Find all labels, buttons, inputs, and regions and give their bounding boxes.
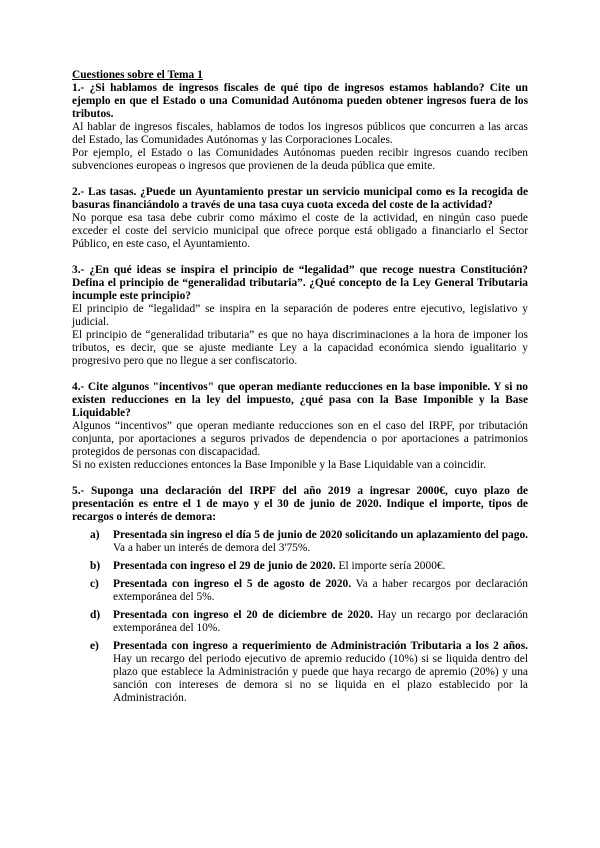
question-3-text: 3.- ¿En qué ideas se inspira el principi… [72, 264, 528, 303]
answer-list: a) Presentada sin ingreso el día 5 de ju… [72, 529, 528, 705]
question-block-2: 2.- Las tasas. ¿Puede un Ayuntamiento pr… [72, 186, 528, 251]
question-block-3: 3.- ¿En qué ideas se inspira el principi… [72, 264, 528, 368]
document-page: Cuestiones sobre el Tema 1 1.- ¿Si habla… [0, 0, 600, 848]
question-block-4: 4.- Cite algunos "incentivos" que operan… [72, 381, 528, 472]
question-block-1: 1.- ¿Si hablamos de ingresos fiscales de… [72, 82, 528, 173]
question-5-text: 5.- Suponga una declaración del IRPF del… [72, 485, 528, 524]
list-item-c: c) Presentada con ingreso el 5 de agosto… [72, 578, 528, 604]
list-item-text: Presentada con ingreso a requerimiento d… [113, 640, 528, 705]
answer-paragraph: Algunos “incentivos” que operan mediante… [72, 420, 528, 459]
question-block-5: 5.- Suponga una declaración del IRPF del… [72, 485, 528, 705]
list-item-d: d) Presentada con ingreso el 20 de dicie… [72, 609, 528, 635]
answer-paragraph: Por ejemplo, el Estado o las Comunidades… [72, 147, 528, 173]
list-marker: b) [90, 560, 113, 573]
list-item-a: a) Presentada sin ingreso el día 5 de ju… [72, 529, 528, 555]
list-item-e: e) Presentada con ingreso a requerimient… [72, 640, 528, 705]
list-item-bold-lead: Presentada con ingreso a requerimiento d… [113, 640, 528, 652]
list-item-text: Presentada con ingreso el 5 de agosto de… [113, 578, 528, 604]
question-2-text: 2.- Las tasas. ¿Puede un Ayuntamiento pr… [72, 186, 528, 212]
question-1-text: 1.- ¿Si hablamos de ingresos fiscales de… [72, 82, 528, 121]
list-item-b: b) Presentada con ingreso el 29 de junio… [72, 560, 528, 573]
answer-paragraph: El principio de “generalidad tributaria”… [72, 329, 528, 368]
list-item-bold-lead: Presentada con ingreso el 5 de agosto de… [113, 578, 351, 590]
list-marker: d) [90, 609, 113, 635]
list-item-rest: Hay un recargo del periodo ejecutivo de … [113, 653, 528, 704]
page-title: Cuestiones sobre el Tema 1 [72, 69, 528, 82]
list-item-text: Presentada sin ingreso el día 5 de junio… [113, 529, 528, 555]
list-item-rest: Va a haber un interés de demora del 3'75… [113, 542, 310, 554]
list-item-bold-lead: Presentada con ingreso el 29 de junio de… [113, 560, 336, 572]
list-marker: a) [90, 529, 113, 555]
list-item-text: Presentada con ingreso el 29 de junio de… [113, 560, 528, 573]
question-4-text: 4.- Cite algunos "incentivos" que operan… [72, 381, 528, 420]
list-item-rest: El importe sería 2000€. [339, 560, 446, 572]
list-item-text: Presentada con ingreso el 20 de diciembr… [113, 609, 528, 635]
answer-paragraph: Al hablar de ingresos fiscales, hablamos… [72, 121, 528, 147]
list-item-bold-lead: Presentada con ingreso el 20 de diciembr… [113, 609, 373, 621]
answer-paragraph: No porque esa tasa debe cubrir como máxi… [72, 212, 528, 251]
answer-paragraph: Si no existen reducciones entonces la Ba… [72, 459, 528, 472]
list-marker: e) [90, 640, 113, 705]
answer-paragraph: El principio de “legalidad” se inspira e… [72, 303, 528, 329]
list-item-bold-lead: Presentada sin ingreso el día 5 de junio… [113, 529, 528, 541]
list-marker: c) [90, 578, 113, 604]
